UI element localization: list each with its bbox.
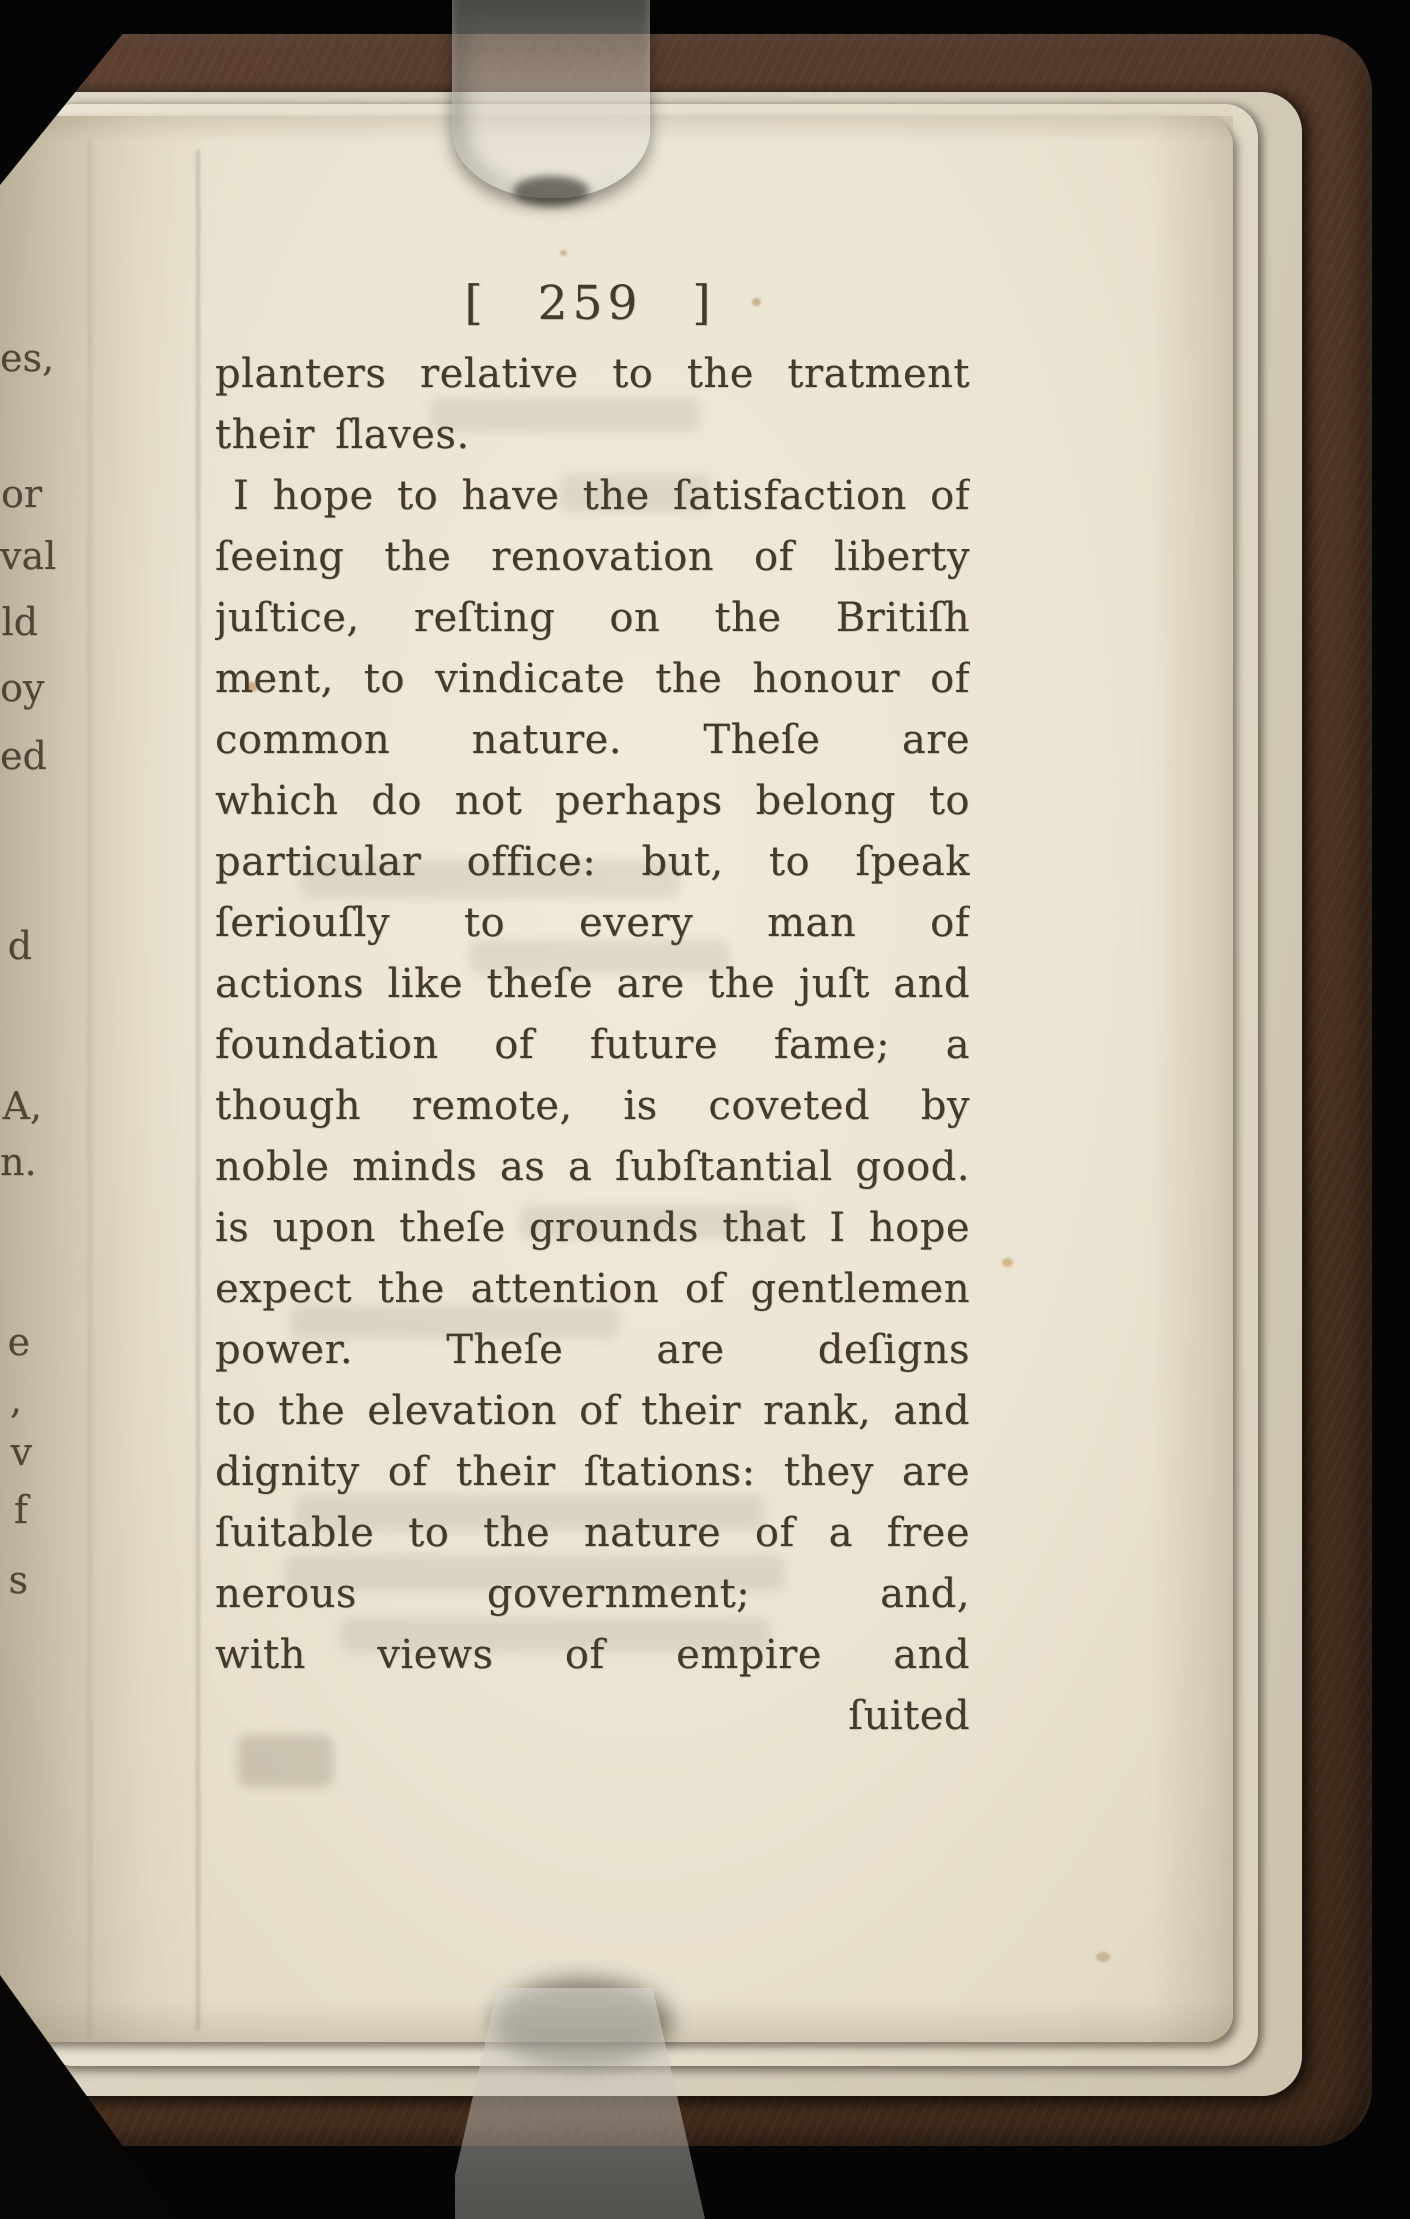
text-line: with views of empire and dominion, [215,1625,970,1686]
text-line: ſeeing the renovation of liberty and [215,527,970,588]
gutter-fragment: s [0,1558,28,1602]
body-text: planters relative to the tratment of the… [215,344,970,1747]
text-line: I hope to have the ſatisfaction of [215,466,970,527]
text-line: which do not perhaps belong to any [215,771,970,832]
page-number: [ 259 ] [440,276,740,331]
gutter-fragment: d [0,924,32,968]
gutter-fragment: f [0,1488,28,1532]
gutter-fragment: ed [0,734,40,778]
text-line: though remote, is coveted by ſome [215,1076,970,1137]
text-line: nerous government; and, connected [215,1564,970,1625]
gutter-fragment: e [0,1320,30,1364]
text-line: dignity of their ſtations: they are ends [215,1442,970,1503]
gutter-fragment: ld [0,600,38,644]
foxing-spot [1002,1258,1013,1267]
gutter-fragment: oy [0,666,40,710]
text-line: foundation of future fame; a reverſion, [215,1015,970,1076]
gutter-fragment: val [0,534,48,578]
catchword: ſuited [215,1686,970,1747]
page-curl-shading [1150,116,1233,2042]
text-line: noble minds as a ſubſtantial good. It [215,1137,970,1198]
gutter-crease [88,140,91,2040]
foxing-spot [560,250,567,256]
gutter-fragment: , [0,1378,22,1422]
gutter-crease [196,150,200,2030]
retaining-strap-top [452,0,650,198]
gutter-fragment: es, [0,336,52,380]
book-photo: es, or val ld oy ed d A, n. e , v f s [ … [0,0,1410,2219]
text-line: actions like theſe are the juſt and ſure [215,954,970,1015]
text-line: particular office: but, to ſpeak more [215,832,970,893]
text-line: ſuitable to the nature of a free and ge- [215,1503,970,1564]
text-line: to the elevation of their rank, and the [215,1381,970,1442]
text-line: expect the attention of gentlemen in [215,1259,970,1320]
foxing-spot [752,298,761,306]
text-line: ſeriouſly to every man of ſentiment, [215,893,970,954]
gutter-fragment: n. [0,1140,36,1184]
text-line: juſtice, reſting on the Britiſh govern- [215,588,970,649]
gutter-fragment: or [0,472,42,516]
text-line: ment, to vindicate the honour of our [215,649,970,710]
text-line: power. Theſe are deſigns conſonant [215,1320,970,1381]
text-line: their ſlaves. [215,405,970,466]
text-line: common nature. Theſe are concerns [215,710,970,771]
gutter-fragment: v [0,1430,32,1474]
text-line: planters relative to the tratment of [215,344,970,405]
foxing-spot [1096,1952,1110,1962]
gutter-fragment: A, [0,1084,42,1128]
text-line: is upon theſe grounds that I hope and [215,1198,970,1259]
